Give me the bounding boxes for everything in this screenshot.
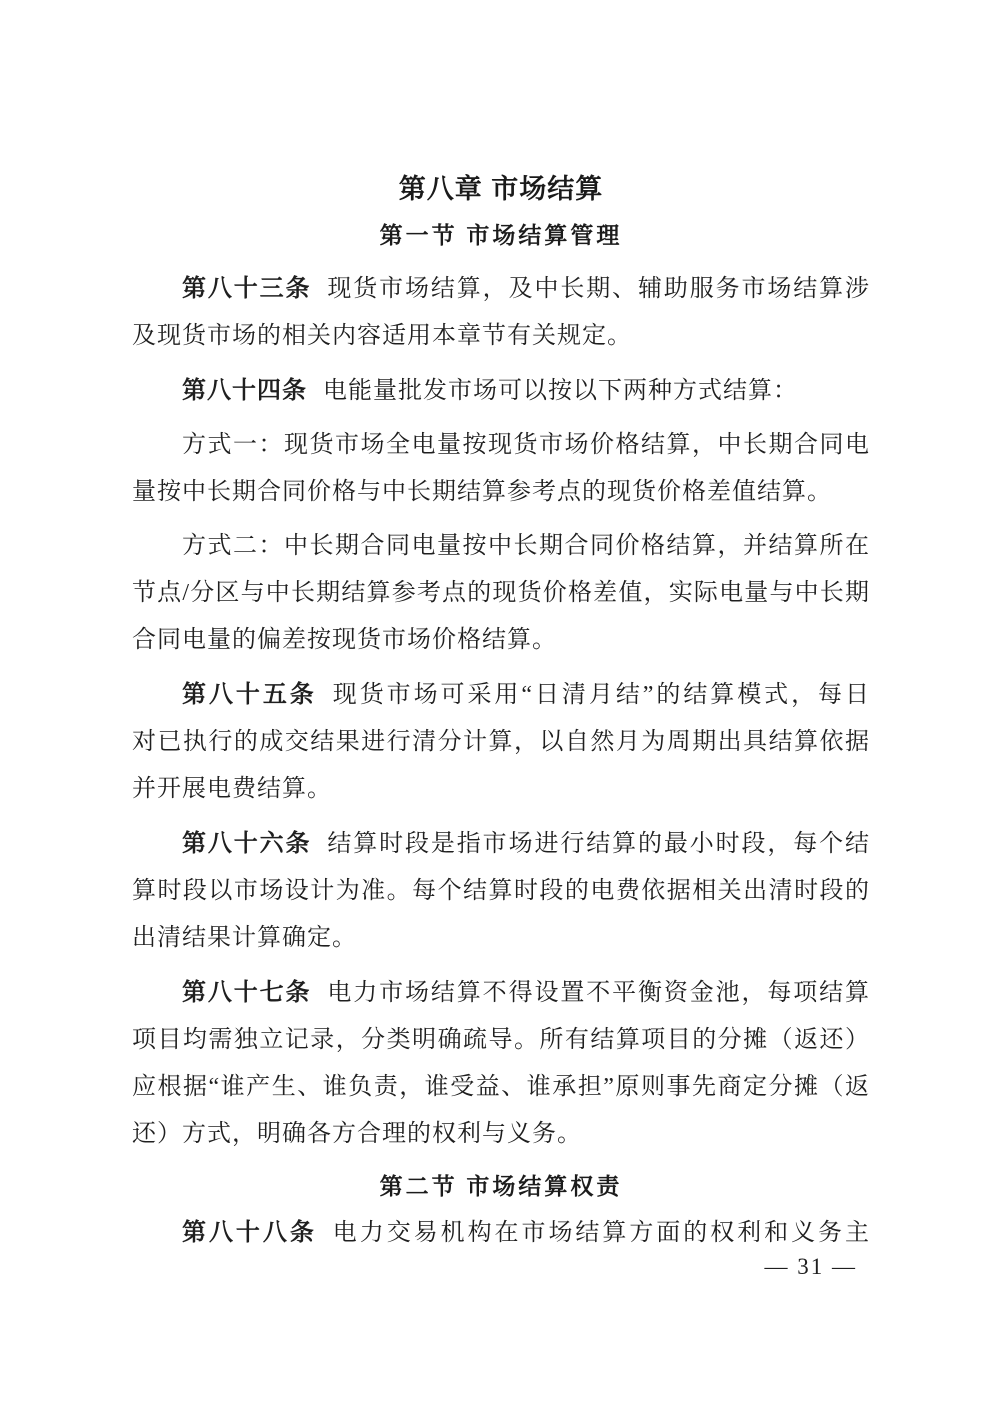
article-86-text-1: 结算时段是指市场进行结算的最小时段，每个结	[327, 831, 870, 857]
article-85: 第八十五条现货市场可采用“日清月结”的结算模式，每日 对已执行的成交结果进行清分…	[132, 671, 870, 813]
article-84-line-1: 第八十四条电能量批发市场可以按以下两种方式结算：	[132, 367, 870, 415]
article-87-line-1: 第八十七条电力市场结算不得设置不平衡资金池，每项结算	[132, 969, 870, 1017]
chapter-heading: 第八章 市场结算	[132, 168, 870, 210]
article-87-line-4: 还）方式，明确各方合理的权利与义务。	[132, 1111, 870, 1158]
article-84-number: 第八十四条	[182, 377, 307, 404]
article-86-number: 第八十六条	[182, 830, 311, 857]
document-page: 第八章 市场结算 第一节 市场结算管理 第八十三条现货市场结算，及中长期、辅助服…	[0, 0, 1000, 1414]
page-number: — 31 —	[765, 1254, 858, 1280]
mode-1-line-1: 方式一：现货市场全电量按现货市场价格结算，中长期合同电	[132, 422, 870, 469]
article-86-line-3: 出清结果计算确定。	[132, 915, 870, 962]
article-text: 第八十三条现货市场结算，及中长期、辅助服务市场结算涉 及现货市场的相关内容适用本…	[132, 265, 870, 1257]
article-88-text-1: 电力交易机构在市场结算方面的权利和义务主	[333, 1220, 870, 1246]
article-87-text-1: 电力市场结算不得设置不平衡资金池，每项结算	[327, 980, 870, 1006]
article-83-number: 第八十三条	[182, 275, 311, 302]
article-88: 第八十八条电力交易机构在市场结算方面的权利和义务主	[132, 1209, 870, 1257]
article-88-line-1: 第八十八条电力交易机构在市场结算方面的权利和义务主	[132, 1209, 870, 1257]
article-87-line-3: 应根据“谁产生、谁负责，谁受益、谁承担”原则事先商定分摊（返	[132, 1064, 870, 1111]
article-84-text-1: 电能量批发市场可以按以下两种方式结算：	[323, 378, 798, 404]
article-83-line-2: 及现货市场的相关内容适用本章节有关规定。	[132, 313, 870, 360]
section-2-heading: 第二节 市场结算权责	[132, 1170, 870, 1204]
article-86-line-2: 算时段以市场设计为准。每个结算时段的电费依据相关出清时段的	[132, 868, 870, 915]
article-83: 第八十三条现货市场结算，及中长期、辅助服务市场结算涉 及现货市场的相关内容适用本…	[132, 265, 870, 360]
settlement-mode-2: 方式二：中长期合同电量按中长期合同价格结算，并结算所在 节点/分区与中长期结算参…	[132, 523, 870, 664]
article-87-line-2: 项目均需独立记录，分类明确疏导。所有结算项目的分摊（返还）	[132, 1017, 870, 1064]
mode-2-line-2: 节点/分区与中长期结算参考点的现货价格差值，实际电量与中长期	[132, 570, 870, 617]
article-83-text-1: 现货市场结算，及中长期、辅助服务市场结算涉	[327, 276, 870, 302]
article-85-line-2: 对已执行的成交结果进行清分计算，以自然月为周期出具结算依据	[132, 719, 870, 766]
article-85-text-1: 现货市场可采用“日清月结”的结算模式，每日	[333, 682, 870, 708]
mode-1-line-2: 量按中长期合同价格与中长期结算参考点的现货价格差值结算。	[132, 469, 870, 516]
article-86-line-1: 第八十六条结算时段是指市场进行结算的最小时段，每个结	[132, 820, 870, 868]
article-83-line-1: 第八十三条现货市场结算，及中长期、辅助服务市场结算涉	[132, 265, 870, 313]
document-body: 第八章 市场结算 第一节 市场结算管理 第八十三条现货市场结算，及中长期、辅助服…	[132, 168, 870, 1257]
settlement-mode-1: 方式一：现货市场全电量按现货市场价格结算，中长期合同电 量按中长期合同价格与中长…	[132, 422, 870, 516]
article-85-line-3: 并开展电费结算。	[132, 766, 870, 813]
section-1-heading: 第一节 市场结算管理	[132, 219, 870, 253]
article-85-line-1: 第八十五条现货市场可采用“日清月结”的结算模式，每日	[132, 671, 870, 719]
article-86: 第八十六条结算时段是指市场进行结算的最小时段，每个结 算时段以市场设计为准。每个…	[132, 820, 870, 962]
article-87-number: 第八十七条	[182, 979, 311, 1006]
article-85-number: 第八十五条	[182, 681, 317, 708]
mode-2-line-3: 合同电量的偏差按现货市场价格结算。	[132, 617, 870, 664]
mode-2-line-1: 方式二：中长期合同电量按中长期合同价格结算，并结算所在	[132, 523, 870, 570]
article-84: 第八十四条电能量批发市场可以按以下两种方式结算：	[132, 367, 870, 415]
article-87: 第八十七条电力市场结算不得设置不平衡资金池，每项结算 项目均需独立记录，分类明确…	[132, 969, 870, 1158]
article-88-number: 第八十八条	[182, 1219, 317, 1246]
